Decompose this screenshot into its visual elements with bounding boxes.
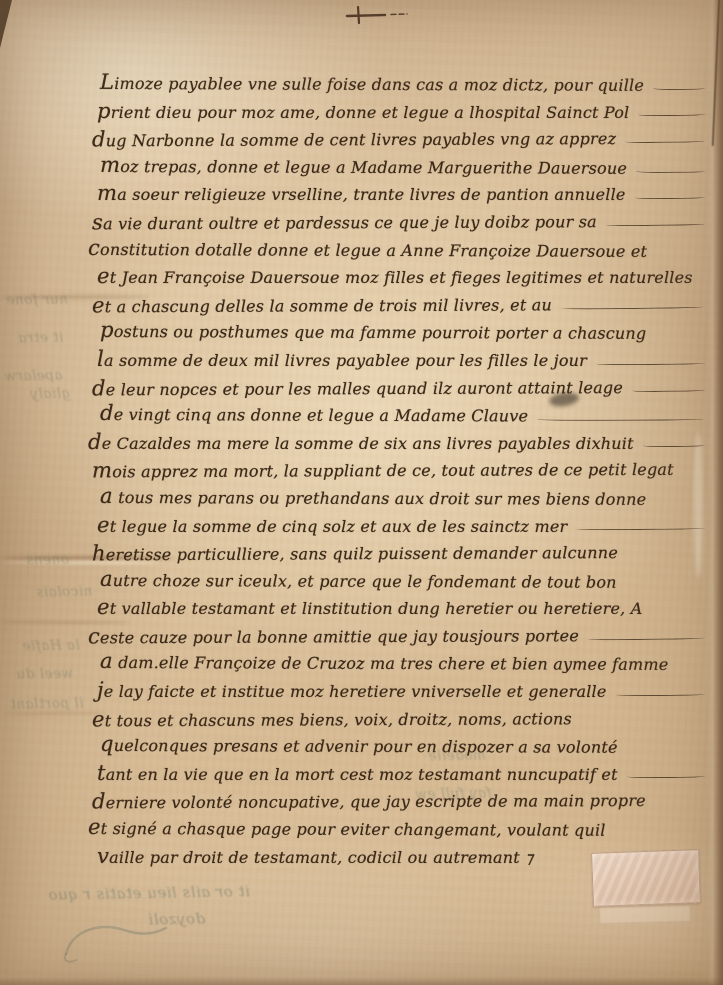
photo-vignette <box>0 0 723 985</box>
manuscript-photo: nur foneit etraapelarwglialyonensnicolai… <box>0 0 723 985</box>
